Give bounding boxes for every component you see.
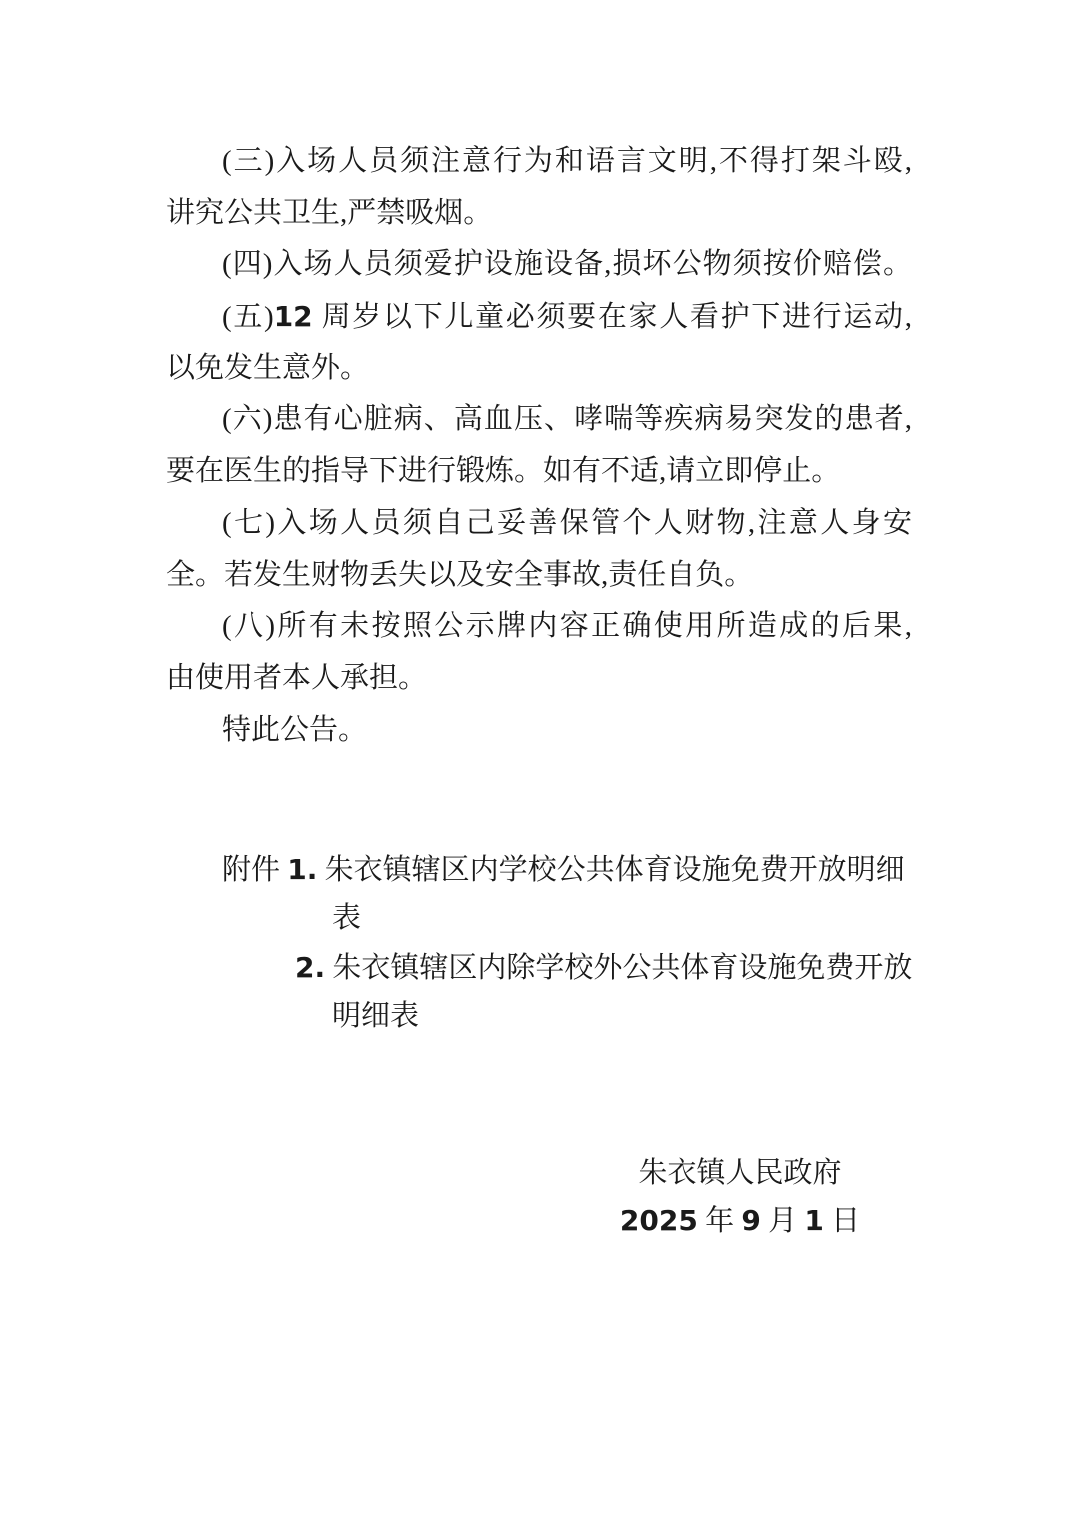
doc-line: 特此公告。 — [166, 705, 912, 757]
attachment-line: 明细表 — [0, 992, 1074, 1041]
attachment-line: 表 — [0, 894, 1074, 943]
doc-line: (八)所有未按照公示牌内容正确使用所造成的后果, — [166, 601, 912, 653]
signature-block: 朱衣镇人民政府 2025 年 9 月 1 日 — [540, 1149, 940, 1245]
doc-line: (三)入场人员须注意行为和语言文明,不得打架斗殴, — [166, 136, 912, 188]
attachment-line: 2. 朱衣镇辖区内除学校外公共体育设施免费开放 — [0, 943, 1074, 992]
document-page: (三)入场人员须注意行为和语言文明,不得打架斗殴,讲究公共卫生,严禁吸烟。(四)… — [0, 0, 1074, 1520]
doc-line: (五)12 周岁以下儿童必须要在家人看护下进行运动, — [166, 291, 912, 343]
attachment-line: 附件 1. 朱衣镇辖区内学校公共体育设施免费开放明细 — [0, 845, 1074, 894]
doc-line: (六)患有心脏病、高血压、哮喘等疾病易突发的患者, — [166, 394, 912, 446]
issuer-name: 朱衣镇人民政府 — [540, 1149, 940, 1197]
doc-line: (七)入场人员须自己妥善保管个人财物,注意人身安 — [166, 498, 912, 550]
doc-line: 讲究公共卫生,严禁吸烟。 — [166, 188, 912, 240]
doc-body: (三)入场人员须注意行为和语言文明,不得打架斗殴,讲究公共卫生,严禁吸烟。(四)… — [166, 136, 912, 756]
doc-line: (四)入场人员须爱护设施设备,损坏公物须按价赔偿。 — [166, 239, 912, 291]
attachments-section: 附件 1. 朱衣镇辖区内学校公共体育设施免费开放明细表2. 朱衣镇辖区内除学校外… — [0, 845, 1074, 1041]
doc-line: 全。若发生财物丢失以及安全事故,责任自负。 — [166, 550, 912, 602]
doc-line: 要在医生的指导下进行锻炼。如有不适,请立即停止。 — [166, 446, 912, 498]
doc-line: 由使用者本人承担。 — [166, 653, 912, 705]
doc-line: 以免发生意外。 — [166, 343, 912, 395]
issue-date: 2025 年 9 月 1 日 — [540, 1197, 940, 1245]
